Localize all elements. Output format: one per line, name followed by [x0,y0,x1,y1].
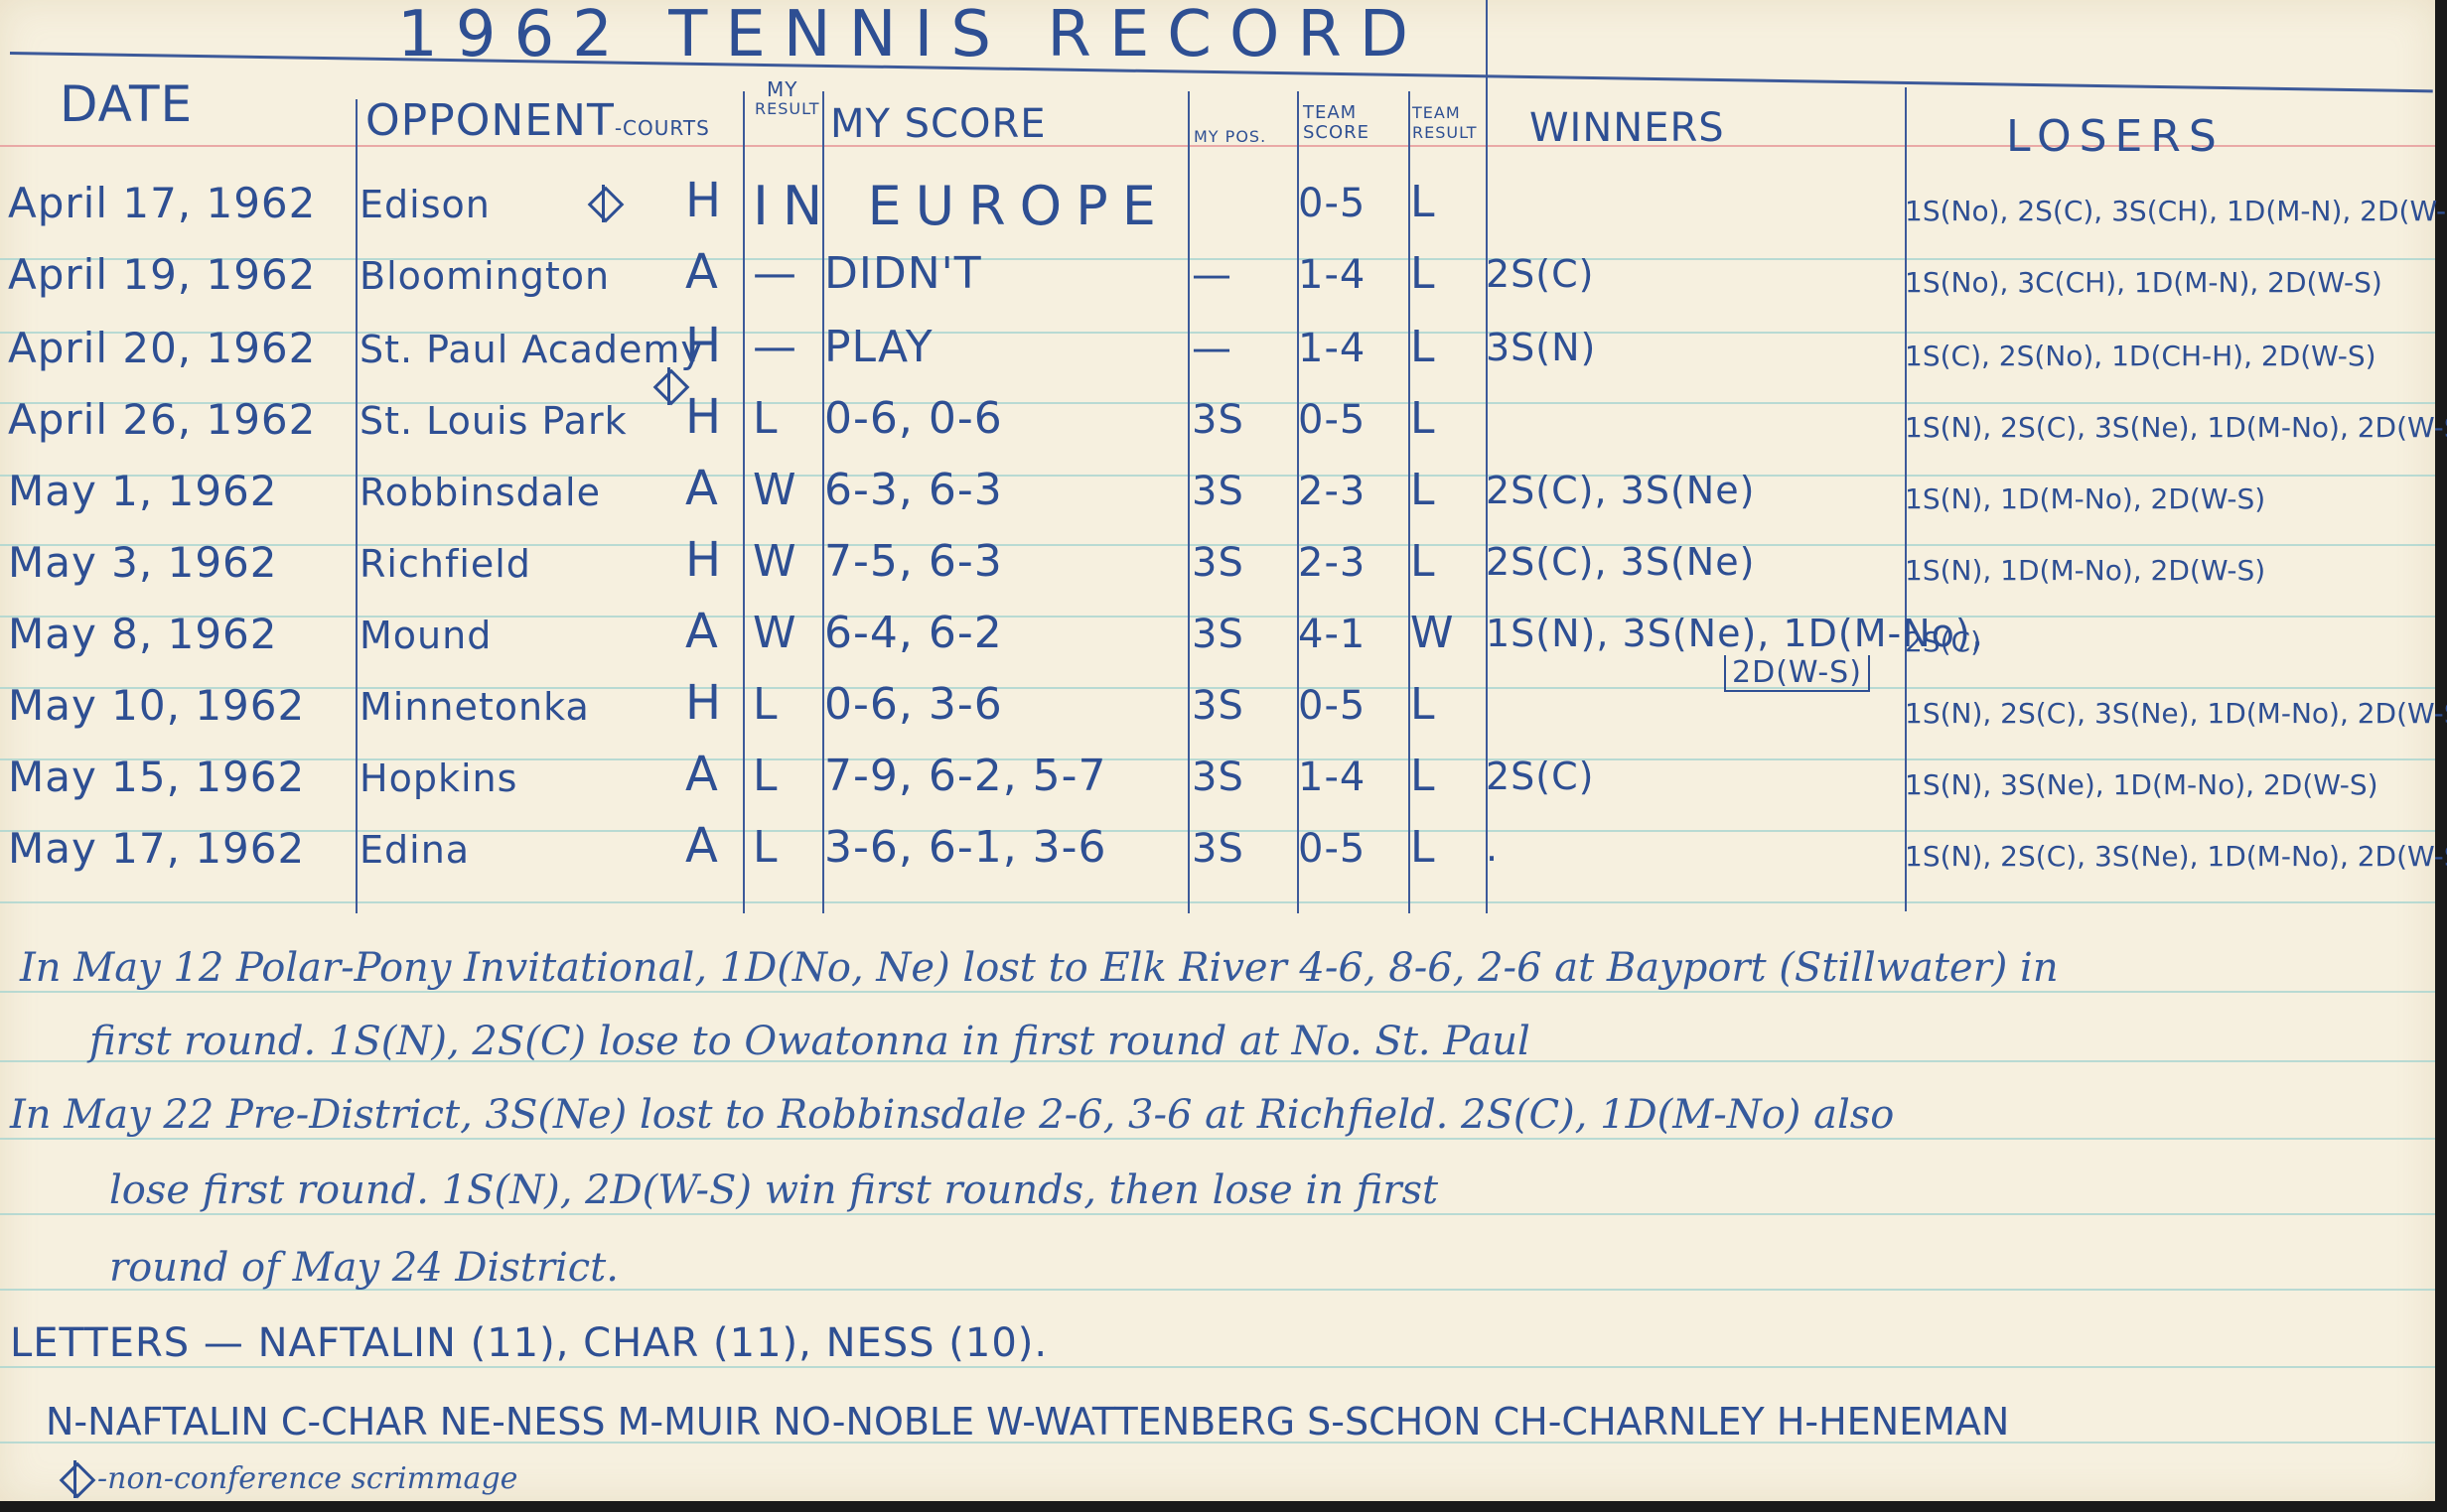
team-result: L [1410,322,1436,372]
team-score: 4-1 [1298,612,1366,657]
court-location: H [685,532,722,588]
opponent-name: Hopkins [360,756,517,800]
letters-line: LETTERS — NAFTALIN (11), CHAR (11), NESS… [10,1320,1048,1366]
my-score: PLAY [824,322,934,372]
team-score: 2-3 [1298,540,1366,586]
my-position: 3S [1192,826,1244,872]
team-score: 1-4 [1298,252,1366,298]
column-divider [1188,91,1190,913]
column-divider [356,99,358,913]
header-opponent-label: OPPONENT [365,95,615,146]
ruled-line [0,991,2435,993]
team-result: L [1410,536,1436,587]
court-location: H [685,675,722,731]
my-score: DIDN'T [824,248,982,299]
court-location: A [685,244,719,300]
match-date: May 3, 1962 [8,538,278,587]
my-position: 3S [1192,612,1244,657]
court-location: H [685,173,722,228]
team-result: L [1410,751,1436,801]
match-date: May 1, 1962 [8,467,278,515]
nonconference-diamond-icon [62,1460,87,1498]
losers-list: 1S(N), 1D(M-No), 2D(W-S) [1905,482,2265,515]
match-date: May 8, 1962 [8,610,278,658]
match-date: April 26, 1962 [8,395,316,444]
my-score: 7-5, 6-3 [824,536,1003,587]
winners-list-continued: 2D(W-S) [1724,655,1870,692]
opponent-name: Edina [360,828,470,872]
match-date: April 20, 1962 [8,324,316,372]
winners-list: 3S(N) [1486,326,1596,369]
court-location: H [685,389,722,445]
losers-list: 1S(N), 3S(Ne), 1D(M-No), 2D(W-S) [1905,768,2378,801]
nonconference-diamond-icon [655,367,681,405]
header-team-score: TEAMSCORE [1303,103,1369,143]
winners-list: 2S(C) [1486,252,1594,296]
team-score: 2-3 [1298,469,1366,514]
losers-list: 1S(N), 1D(M-No), 2D(W-S) [1905,554,2265,587]
my-score: 6-4, 6-2 [824,608,1003,658]
my-result: IN EUROPE [753,175,1170,237]
tennis-record-card: 1962 TENNIS RECORD DATE OPPONENT-COURTS … [0,0,2435,1501]
team-result: L [1410,822,1436,873]
note-line: In May 22 Pre-District, 3S(Ne) lost to R… [10,1092,1894,1138]
my-position: 3S [1192,469,1244,514]
my-score: 7-9, 6-2, 5-7 [824,751,1107,801]
opponent-name: St. Paul Academy [360,328,704,371]
header-winners: WINNERS [1529,105,1725,151]
court-location: A [685,818,719,874]
nonconference-diamond-icon [590,185,616,222]
header-courts-label: -COURTS [615,116,710,140]
losers-list: 1S(N), 2S(C), 3S(Ne), 1D(M-No), 2D(W-S) [1905,411,2447,444]
header-my-pos: MY POS. [1194,127,1266,147]
match-date: May 10, 1962 [8,681,305,730]
losers-list: 1S(No), 3C(CH), 1D(M-N), 2D(W-S) [1905,266,2382,299]
my-result: W [753,465,797,515]
header-my-result-bottom: RESULT [755,99,820,119]
header-team-score-bottom: SCORE [1303,123,1369,143]
court-location: A [685,604,719,659]
my-score: 0-6, 3-6 [824,679,1003,730]
losers-list: 1S(C), 2S(No), 1D(CH-H), 2D(W-S) [1905,340,2376,372]
column-divider [743,91,745,913]
header-team-result: TEAMRESULT [1412,103,1478,143]
header-losers: LOSERS [2006,111,2225,162]
my-score: 6-3, 6-3 [824,465,1003,515]
opponent-name: St. Louis Park [360,399,628,443]
court-location: H [685,318,722,373]
team-result: L [1410,679,1436,730]
note-line: round of May 24 District. [109,1245,619,1291]
court-location: A [685,461,719,516]
my-result: L [753,393,779,444]
my-result: W [753,536,797,587]
my-result: — [753,248,797,299]
team-score: 0-5 [1298,181,1366,226]
my-position: 3S [1192,683,1244,729]
team-score: 0-5 [1298,826,1366,872]
note-line: lose first round. 1S(N), 2D(W-S) win fir… [109,1168,1438,1213]
my-position: — [1192,252,1232,298]
header-team-result-bottom: RESULT [1412,123,1478,143]
team-result: L [1410,465,1436,515]
header-my-result: MYRESULT [755,79,820,119]
header-team-score-top: TEAM [1303,103,1369,123]
match-date: May 15, 1962 [8,753,305,801]
team-score: 0-5 [1298,397,1366,443]
symbol-note: -non-conference scrimmage [97,1461,517,1496]
ruled-line [0,1213,2435,1215]
header-opponent: OPPONENT-COURTS [365,95,710,146]
court-location: A [685,747,719,802]
team-score: 1-4 [1298,326,1366,371]
match-date: April 17, 1962 [8,179,316,227]
losers-list: 1S(N), 2S(C), 3S(Ne), 1D(M-No), 2D(W-S) [1905,840,2447,873]
my-result: L [753,751,779,801]
my-score: 0-6, 0-6 [824,393,1003,444]
my-position: 3S [1192,397,1244,443]
header-date: DATE [60,75,193,133]
team-result: L [1410,393,1436,444]
my-result: W [753,608,797,658]
losers-list: 1S(No), 2S(C), 3S(CH), 1D(M-N), 2D(W-S) [1905,195,2447,227]
note-line: first round. 1S(N), 2S(C) lose to Owaton… [89,1019,1530,1064]
legend-symbol-row: -non-conference scrimmage [58,1451,517,1498]
header-team-result-top: TEAM [1412,103,1478,123]
my-result: L [753,822,779,873]
ruled-line [0,901,2435,903]
ruled-line [0,1366,2435,1368]
player-legend: N-NAFTALIN C-CHAR NE-NESS M-MUIR NO-NOBL… [46,1400,2009,1443]
my-position: 3S [1192,755,1244,800]
opponent-name: Richfield [360,542,531,586]
my-result: L [753,679,779,730]
match-date: May 17, 1962 [8,824,305,873]
losers-list: 1S(N), 2S(C), 3S(Ne), 1D(M-No), 2D(W-S) [1905,697,2447,730]
team-score: 0-5 [1298,683,1366,729]
opponent-name: Edison [360,183,491,226]
winners-list: 2S(C) [1486,755,1594,798]
my-result: — [753,322,797,372]
header-my-score: MY SCORE [830,101,1047,147]
my-score: 3-6, 6-1, 3-6 [824,822,1107,873]
team-result: L [1410,177,1436,227]
ruled-line [0,1138,2435,1140]
winners-list: 2S(C), 3S(Ne) [1486,469,1755,512]
my-position: 3S [1192,540,1244,586]
team-result: L [1410,248,1436,299]
my-position: — [1192,326,1232,371]
team-result: W [1410,608,1455,658]
note-line: In May 12 Polar-Pony Invitational, 1D(No… [20,945,2059,991]
winners-list: 2S(C), 3S(Ne) [1486,540,1755,584]
header-my-result-top: MY [755,79,820,99]
winners-list: . [1486,826,1499,870]
team-score: 1-4 [1298,755,1366,800]
opponent-name: Robbinsdale [360,471,601,514]
opponent-name: Bloomington [360,254,610,298]
match-date: April 19, 1962 [8,250,316,299]
opponent-name: Mound [360,614,492,657]
opponent-name: Minnetonka [360,685,590,729]
losers-list: 2S(C) [1905,625,1981,658]
